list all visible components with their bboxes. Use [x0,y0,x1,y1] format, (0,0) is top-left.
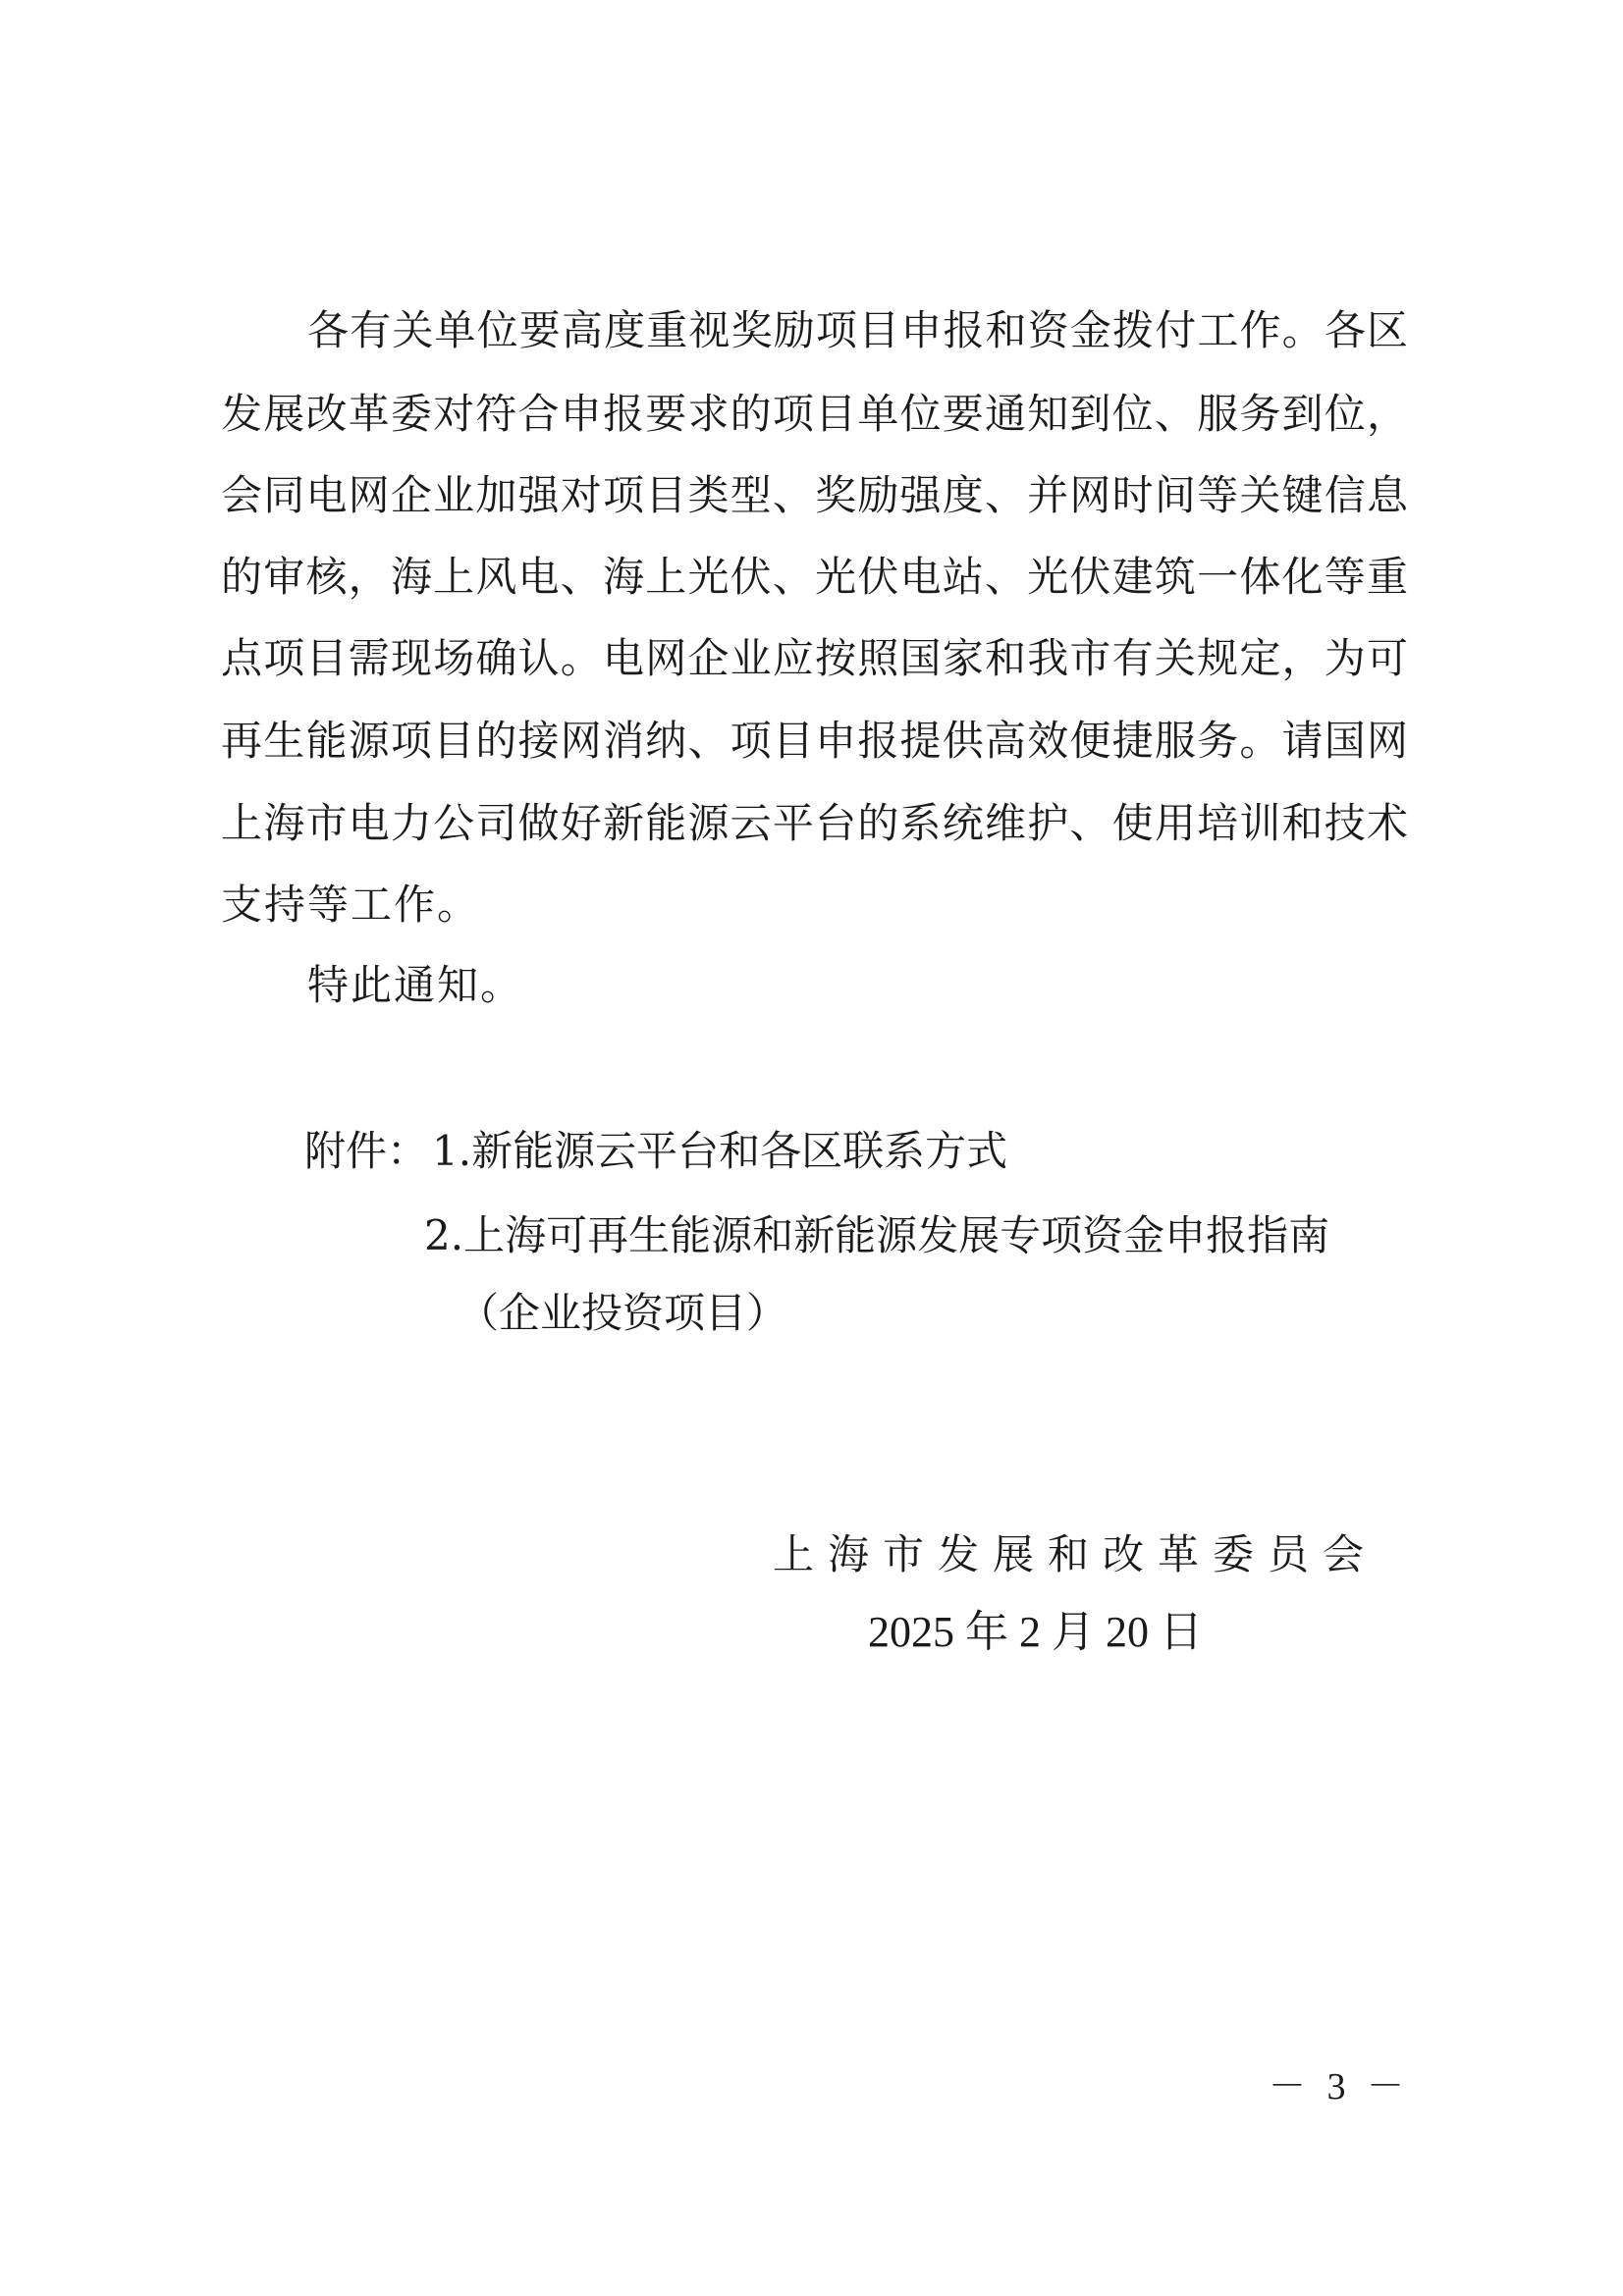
document-page: 各有关单位要高度重视奖励项目申报和资金拨付工作。各区 发展改革委对符合申报要求的… [0,0,1623,2296]
paragraph-line-3: 会同电网企业加强对项目类型、奖励强度、并网时间等关键信息 [221,470,1408,521]
attachment-item-2-continuation: （企业投资项目） [458,1288,787,1339]
paragraph-line-2: 发展改革委对符合申报要求的项目单位要通知到位、服务到位， [221,389,1408,440]
paragraph-line-1: 各有关单位要高度重视奖励项目申报和资金拨付工作。各区 [307,305,1408,356]
paragraph-line-8: 支持等工作。 [221,880,1408,931]
paragraph-line-4: 的审核，海上风电、海上光伏、光伏电站、光伏建筑一体化等重 [221,552,1408,603]
paragraph-line-7: 上海市电力公司做好新能源云平台的系统维护、使用培训和技术 [221,798,1408,849]
attachment-item-1: 1.新能源云平台和各区联系方式 [432,1126,1007,1177]
attachments-label: 附件： [304,1126,428,1177]
page-number: － 3 － [1269,2061,1410,2112]
issue-date: 2025 年 2 月 20 日 [868,1607,1203,1658]
closing-text: 特此通知。 [307,960,1408,1011]
attachment-item-2: 2.上海可再生能源和新能源发展专项资金申报指南 [424,1210,1329,1261]
paragraph-line-5: 点项目需现场确认。电网企业应按照国家和我市有关规定，为可 [221,633,1408,684]
issuer-signature: 上海市发展和改革委员会 [773,1529,1378,1580]
paragraph-line-6: 再生能源项目的接网消纳、项目申报提供高效便捷服务。请国网 [221,716,1408,767]
